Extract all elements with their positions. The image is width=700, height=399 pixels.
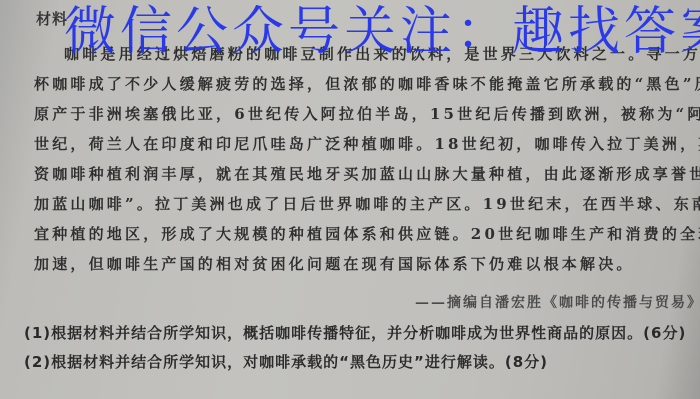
- question-2: (2)根据材料并结合所学知识，对咖啡承载的“黑色历史”进行解读。(8分): [24, 351, 548, 372]
- paragraph-line: 世纪，荷兰人在印度和印尼爪哇岛广泛种植咖啡。18世纪初，咖啡传入拉丁美洲，英国人…: [34, 134, 674, 154]
- paragraph-line: 加速，但咖啡生产国的相对贫困化问题在现有国际体系下仍难以根本解决。: [34, 254, 674, 274]
- paragraph-line: 加蓝山咖啡”。拉丁美洲也成了日后世界咖啡的主产区。19世纪末，在西半球、东南亚、…: [34, 194, 674, 214]
- exam-page: 材料 咖啡是用经过烘焙磨粉的咖啡豆制作出来的饮料，是世界三大饮料之一。寻一方静室…: [0, 0, 700, 399]
- paragraph-line: 资咖啡种植利润丰厚，就在其殖民地牙买加蓝山山脉大量种植，由此逐渐形成享誉世界的“…: [34, 164, 674, 184]
- question-1: (1)根据材料并结合所学知识，概括咖啡传播特征，并分析咖啡成为世界性商品的原因。…: [24, 322, 686, 343]
- watermark-overlay: 微信公众号关注：趣找答案: [64, 2, 700, 62]
- paragraph-line: 杯咖啡成了不少人缓解疲劳的选择，但浓郁的咖啡香味不能掩盖它所承载的“黑色”历史。…: [34, 74, 674, 94]
- paragraph-line: 宜种植的地区，形成了大规模的种植园体系和供应链。20世纪咖啡生产和消费的全球化进…: [34, 224, 674, 244]
- paragraph-line: 原产于非洲埃塞俄比亚，6世纪传入阿拉伯半岛，15世纪后传播到欧洲，被称为“阿拉伯…: [34, 104, 674, 124]
- source-citation: ——摘编自潘宏胜《咖啡的传播与贸易》: [415, 292, 700, 312]
